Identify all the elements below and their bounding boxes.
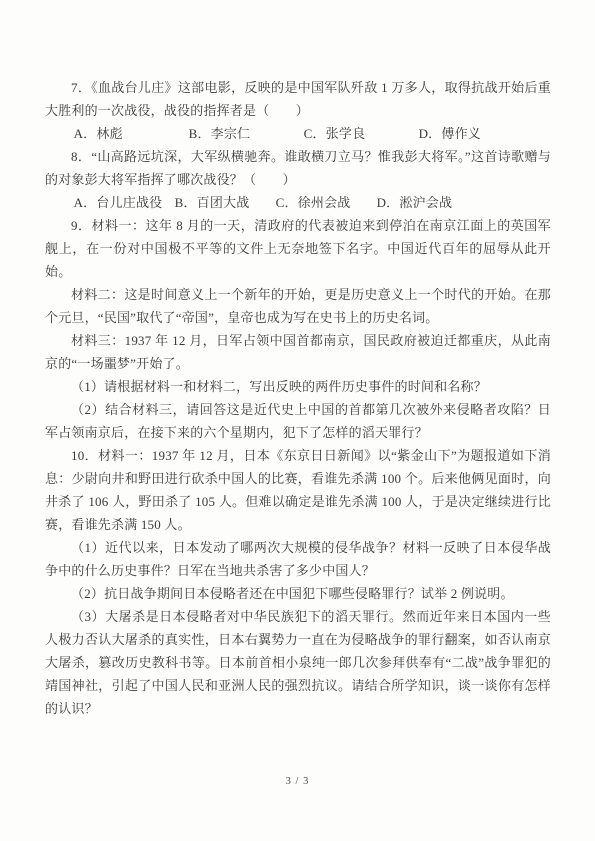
question-9-sub-2: （2）结合材料三，请回答这是近代史上中国的首都第几次被外来侵略者攻陷？日军占领南… — [45, 398, 551, 444]
question-9-material-1: 9．材料一：这年 8 月的一天，清政府的代表被迫来到停泊在南京江面上的英国军舰上… — [45, 214, 551, 283]
question-10-sub-3: （3）大屠杀是日本侵略者对中华民族犯下的滔天罪行。然而近年来日本国内一些人极力否… — [45, 605, 551, 720]
question-7-option-c: C．张学良 — [304, 122, 419, 145]
question-10-sub-1: （1）近代以来，日本发动了哪两次大规模的侵华战争？材料一反映了日本侵华战争中的什… — [45, 536, 551, 582]
question-8-option-c: C．徐州会战 — [276, 191, 377, 214]
question-7-options: A．林彪 B．李宗仁 C．张学良 D．傅作义 — [45, 122, 551, 145]
question-8-stem: 8．“山高路远坑深，大军纵横驰奔。谁敢横刀立马？惟我彭大将军。”这首诗歌赠与的对… — [45, 145, 551, 191]
question-10-material-1: 10．材料一：1937 年 12 月，日本《东京日日新闻》以“紫金山下”为题报道… — [45, 444, 551, 536]
document-page: 7．《血战台儿庄》这部电影，反映的是中国军队歼敌 1 万多人，取得抗战开始后重大… — [0, 0, 595, 841]
question-8-option-b: B．百团大战 — [175, 191, 276, 214]
question-7-option-a: A．林彪 — [74, 122, 189, 145]
question-8-option-d: D．淞沪会战 — [377, 191, 453, 214]
exam-content: 7．《血战台儿庄》这部电影，反映的是中国军队歼敌 1 万多人，取得抗战开始后重大… — [45, 76, 551, 720]
question-9-material-2: 材料二：这是时间意义上一个新年的开始，更是历史意义上一个时代的开始。在那个元旦，… — [45, 283, 551, 329]
question-8-options: A．台儿庄战役 B．百团大战 C．徐州会战 D．淞沪会战 — [45, 191, 551, 214]
page-number: 3 / 3 — [0, 776, 595, 787]
question-7-stem: 7．《血战台儿庄》这部电影，反映的是中国军队歼敌 1 万多人，取得抗战开始后重大… — [45, 76, 551, 122]
question-8-option-a: A．台儿庄战役 — [74, 191, 175, 214]
question-7-option-b: B．李宗仁 — [189, 122, 304, 145]
question-10-sub-2: （2）抗日战争期间日本侵略者还在中国犯下哪些侵略罪行？试举 2 例说明。 — [45, 582, 551, 605]
question-7-option-d: D．傅作义 — [419, 122, 481, 145]
question-9-material-3: 材料三：1937 年 12 月，日军占领中国首都南京，国民政府被迫迁都重庆，从此… — [45, 329, 551, 375]
question-9-sub-1: （1）请根据材料一和材料二，写出反映的两件历史事件的时间和名称？ — [45, 375, 551, 398]
